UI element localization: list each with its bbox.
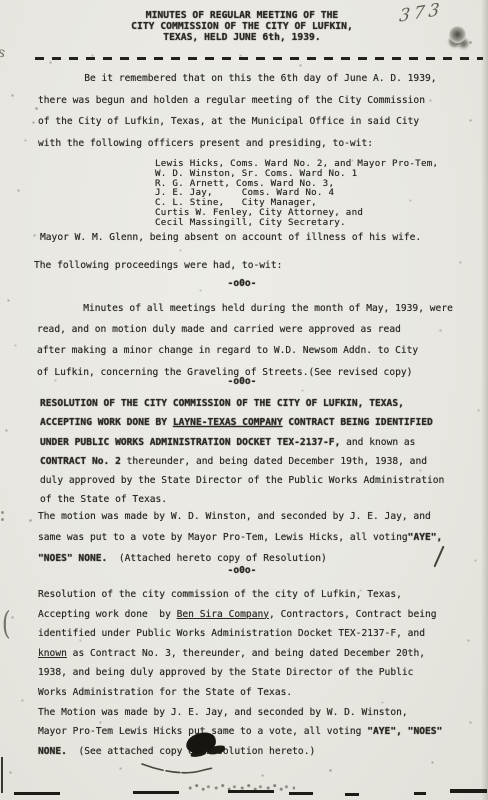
typed-line: UNDER PUBLIC WORKS ADMINISTRATION DOCKET… [40,433,444,452]
bottom-edge-mark [289,792,313,795]
bottom-edge-mark [14,792,60,795]
scanned-minutes-page: 373 MINUTES OF REGULAR MEETING OF THECIT… [0,0,488,800]
typed-line: with the following officers present and … [38,133,437,155]
typed-line: The motion was made by W. D. Winston, an… [38,507,442,528]
section-separator: -o0o- [2,565,482,576]
bottom-edge-mark [345,793,359,796]
mayor-absence-note: Mayor W. M. Glenn, being absent on accou… [40,232,421,243]
typed-line: RESOLUTION OF THE CITY COMMISSION OF THE… [40,394,444,413]
typed-line: read, and on motion duly made and carrie… [37,319,453,340]
typed-line: duly approved by the State Director of t… [40,471,444,490]
typed-line: Works Administration for the State of Te… [38,683,442,703]
margin-pencil-bracket: ( [2,604,11,642]
resolution-layne-texas: RESOLUTION OF THE CITY COMMISSION OF THE… [40,394,444,510]
typed-line: NONE. (See attached copy of resolution h… [38,742,442,762]
margin-pencil-squiggle: s [0,44,7,61]
typed-line: MINUTES OF REGULAR MEETING OF THE [2,10,482,21]
typed-line: ACCEPTING WORK DONE BY LAYNE-TEXAS COMPA… [40,413,444,432]
section-separator: -o0o- [2,376,482,387]
bottom-edge-mark [228,790,274,793]
typed-line: identified under Public Works Administra… [38,624,442,644]
typed-line: Resolution of the city commission of the… [38,585,442,605]
typed-line: Mayor Pro-Tem Lewis Hicks put same to a … [38,722,442,742]
typed-line: 1938, and being duly approved by the Sta… [38,663,442,683]
minutes-approval-paragraph: Minutes of all meetings held during the … [37,298,453,383]
typed-line: there was begun and holden a regular mee… [38,90,437,112]
typed-line: The Motion was made by J. E. Jay, and se… [38,703,442,723]
typed-line: TEXAS, HELD JUNE 6th, 1939. [2,32,482,43]
document-title: MINUTES OF REGULAR MEETING OF THECITY CO… [2,10,482,43]
scan-noise [0,0,1,1]
scan-edge-shadow [481,0,488,800]
typed-line: same was put to a vote by Mayor Pro-Tem,… [38,528,442,549]
proceedings-intro: The following proceedings were had, to-w… [34,260,282,271]
typed-line: CITY COMMISSION OF THE CITY OF LUFKIN, [2,21,482,32]
dashed-rule [35,57,483,60]
typed-line: Minutes of all meetings held during the … [37,298,453,319]
resolution-ben-sira: Resolution of the city commission of the… [38,585,442,761]
pencil-mark [138,758,228,778]
typed-line: CONTRACT No. 2 thereunder, and being dat… [40,452,444,471]
bottom-edge-mark [414,792,426,795]
typed-line: of the City of Lufkin, Texas, at the Mun… [38,111,437,133]
typed-line: Be it remembered that on this the 6th da… [38,68,437,90]
resolution-layne-motion: The motion was made by W. D. Winston, an… [38,507,442,569]
left-margin-mark [1,757,3,793]
typed-line: Cecil Massingill, City Secretary. [155,218,438,228]
preamble-paragraph: Be it remembered that on this the 6th da… [38,68,437,154]
bottom-edge-mark [133,791,179,794]
officers-roster: Lewis Hicks, Coms. Ward No. 2, and Mayor… [155,159,438,228]
typed-line: Accepting work done by Ben Sira Company,… [38,605,442,625]
section-separator: -o0o- [2,278,482,289]
typed-line: known as Contract No. 3, thereunder, and… [38,644,442,664]
typed-line: after making a minor change in regard to… [37,340,453,361]
bottom-edge-mark [450,789,487,793]
